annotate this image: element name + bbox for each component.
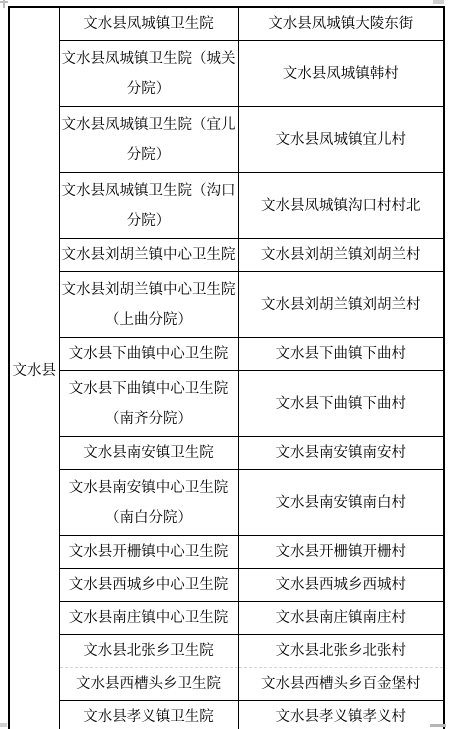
address-cell[interactable]: 文水县开栅镇开栅村 xyxy=(238,536,444,569)
facility-cell[interactable]: 文水县开栅镇中心卫生院 xyxy=(59,536,238,569)
address-cell[interactable]: 文水县凤城镇大陵东街 xyxy=(238,7,444,41)
address-cell[interactable]: 文水县孝义镇孝义村 xyxy=(238,701,444,729)
address-cell[interactable]: 文水县刘胡兰镇刘胡兰村 xyxy=(238,239,444,272)
table-row: 文水县西城乡中心卫生院 文水县西城乡西城村 xyxy=(9,569,444,602)
facility-cell[interactable]: 文水县孝义镇卫生院 xyxy=(59,701,238,729)
facility-cell[interactable]: 文水县下曲镇中心卫生院 （南齐分院） xyxy=(59,371,238,437)
table-row: 文水县孝义镇卫生院 文水县孝义镇孝义村 xyxy=(9,701,444,729)
facility-cell[interactable]: 文水县凤城镇卫生院（城关 分院） xyxy=(59,41,238,107)
table-row: 文水县北张乡卫生院 文水县北张乡北张村 xyxy=(9,635,444,668)
table-row: 文水县 文水县凤城镇卫生院 文水县凤城镇大陵东街 xyxy=(9,7,444,41)
facility-cell[interactable]: 文水县凤城镇卫生院（沟口 分院） xyxy=(59,173,238,239)
facility-cell[interactable]: 文水县南安镇卫生院 xyxy=(59,437,238,470)
facility-cell[interactable]: 文水县凤城镇卫生院 xyxy=(59,7,238,41)
table-row: 文水县刘胡兰镇中心卫生院 （上曲分院） 文水县刘胡兰镇刘胡兰村 xyxy=(9,272,444,338)
address-cell[interactable]: 文水县南安镇南安村 xyxy=(238,437,444,470)
table-resize-handle-icon[interactable] xyxy=(0,723,7,727)
facility-cell[interactable]: 文水县下曲镇中心卫生院 xyxy=(59,338,238,371)
table-row: 文水县凤城镇卫生院（沟口 分院） 文水县凤城镇沟口村村北 xyxy=(9,173,444,239)
table-row: 文水县下曲镇中心卫生院 （南齐分院） 文水县下曲镇下曲村 xyxy=(9,371,444,437)
table-row: 文水县西槽头乡卫生院 文水县西槽头乡百金堡村 xyxy=(9,668,444,701)
facility-cell[interactable]: 文水县西槽头乡卫生院 xyxy=(59,668,238,701)
address-cell[interactable]: 文水县凤城镇宜儿村 xyxy=(238,107,444,173)
address-cell[interactable]: 文水县下曲镇下曲村 xyxy=(238,371,444,437)
table-move-handle-icon[interactable] xyxy=(3,0,5,8)
document-page: 文水县 文水县凤城镇卫生院 文水县凤城镇大陵东街 文水县凤城镇卫生院（城关 分院… xyxy=(0,0,450,729)
facility-cell[interactable]: 文水县刘胡兰镇中心卫生院 （上曲分院） xyxy=(59,272,238,338)
health-facility-table: 文水县 文水县凤城镇卫生院 文水县凤城镇大陵东街 文水县凤城镇卫生院（城关 分院… xyxy=(8,6,445,729)
facility-cell[interactable]: 文水县西城乡中心卫生院 xyxy=(59,569,238,602)
table-row: 文水县南安镇中心卫生院 （南白分院） 文水县南安镇南白村 xyxy=(9,470,444,536)
facility-cell[interactable]: 文水县北张乡卫生院 xyxy=(59,635,238,668)
address-cell[interactable]: 文水县北张乡北张村 xyxy=(238,635,444,668)
address-cell[interactable]: 文水县西城乡西城村 xyxy=(238,569,444,602)
table-row: 文水县凤城镇卫生院（城关 分院） 文水县凤城镇韩村 xyxy=(9,41,444,107)
table-resize-handle-icon[interactable] xyxy=(430,724,446,727)
address-cell[interactable]: 文水县西槽头乡百金堡村 xyxy=(238,668,444,701)
address-cell[interactable]: 文水县下曲镇下曲村 xyxy=(238,338,444,371)
address-cell[interactable]: 文水县南安镇南白村 xyxy=(238,470,444,536)
address-cell[interactable]: 文水县凤城镇沟口村村北 xyxy=(238,173,444,239)
address-cell[interactable]: 文水县南庄镇南庄村 xyxy=(238,602,444,635)
table-resize-handle-icon[interactable] xyxy=(433,0,444,4)
facility-cell[interactable]: 文水县刘胡兰镇中心卫生院 xyxy=(59,239,238,272)
table-row: 文水县下曲镇中心卫生院 文水县下曲镇下曲村 xyxy=(9,338,444,371)
county-cell[interactable]: 文水县 xyxy=(9,7,59,729)
facility-cell[interactable]: 文水县南庄镇中心卫生院 xyxy=(59,602,238,635)
table-row: 文水县开栅镇中心卫生院 文水县开栅镇开栅村 xyxy=(9,536,444,569)
table-row: 文水县南安镇卫生院 文水县南安镇南安村 xyxy=(9,437,444,470)
facility-cell[interactable]: 文水县凤城镇卫生院（宜儿 分院） xyxy=(59,107,238,173)
table-row: 文水县刘胡兰镇中心卫生院 文水县刘胡兰镇刘胡兰村 xyxy=(9,239,444,272)
address-cell[interactable]: 文水县刘胡兰镇刘胡兰村 xyxy=(238,272,444,338)
facility-cell[interactable]: 文水县南安镇中心卫生院 （南白分院） xyxy=(59,470,238,536)
table-row: 文水县凤城镇卫生院（宜儿 分院） 文水县凤城镇宜儿村 xyxy=(9,107,444,173)
table-row: 文水县南庄镇中心卫生院 文水县南庄镇南庄村 xyxy=(9,602,444,635)
address-cell[interactable]: 文水县凤城镇韩村 xyxy=(238,41,444,107)
